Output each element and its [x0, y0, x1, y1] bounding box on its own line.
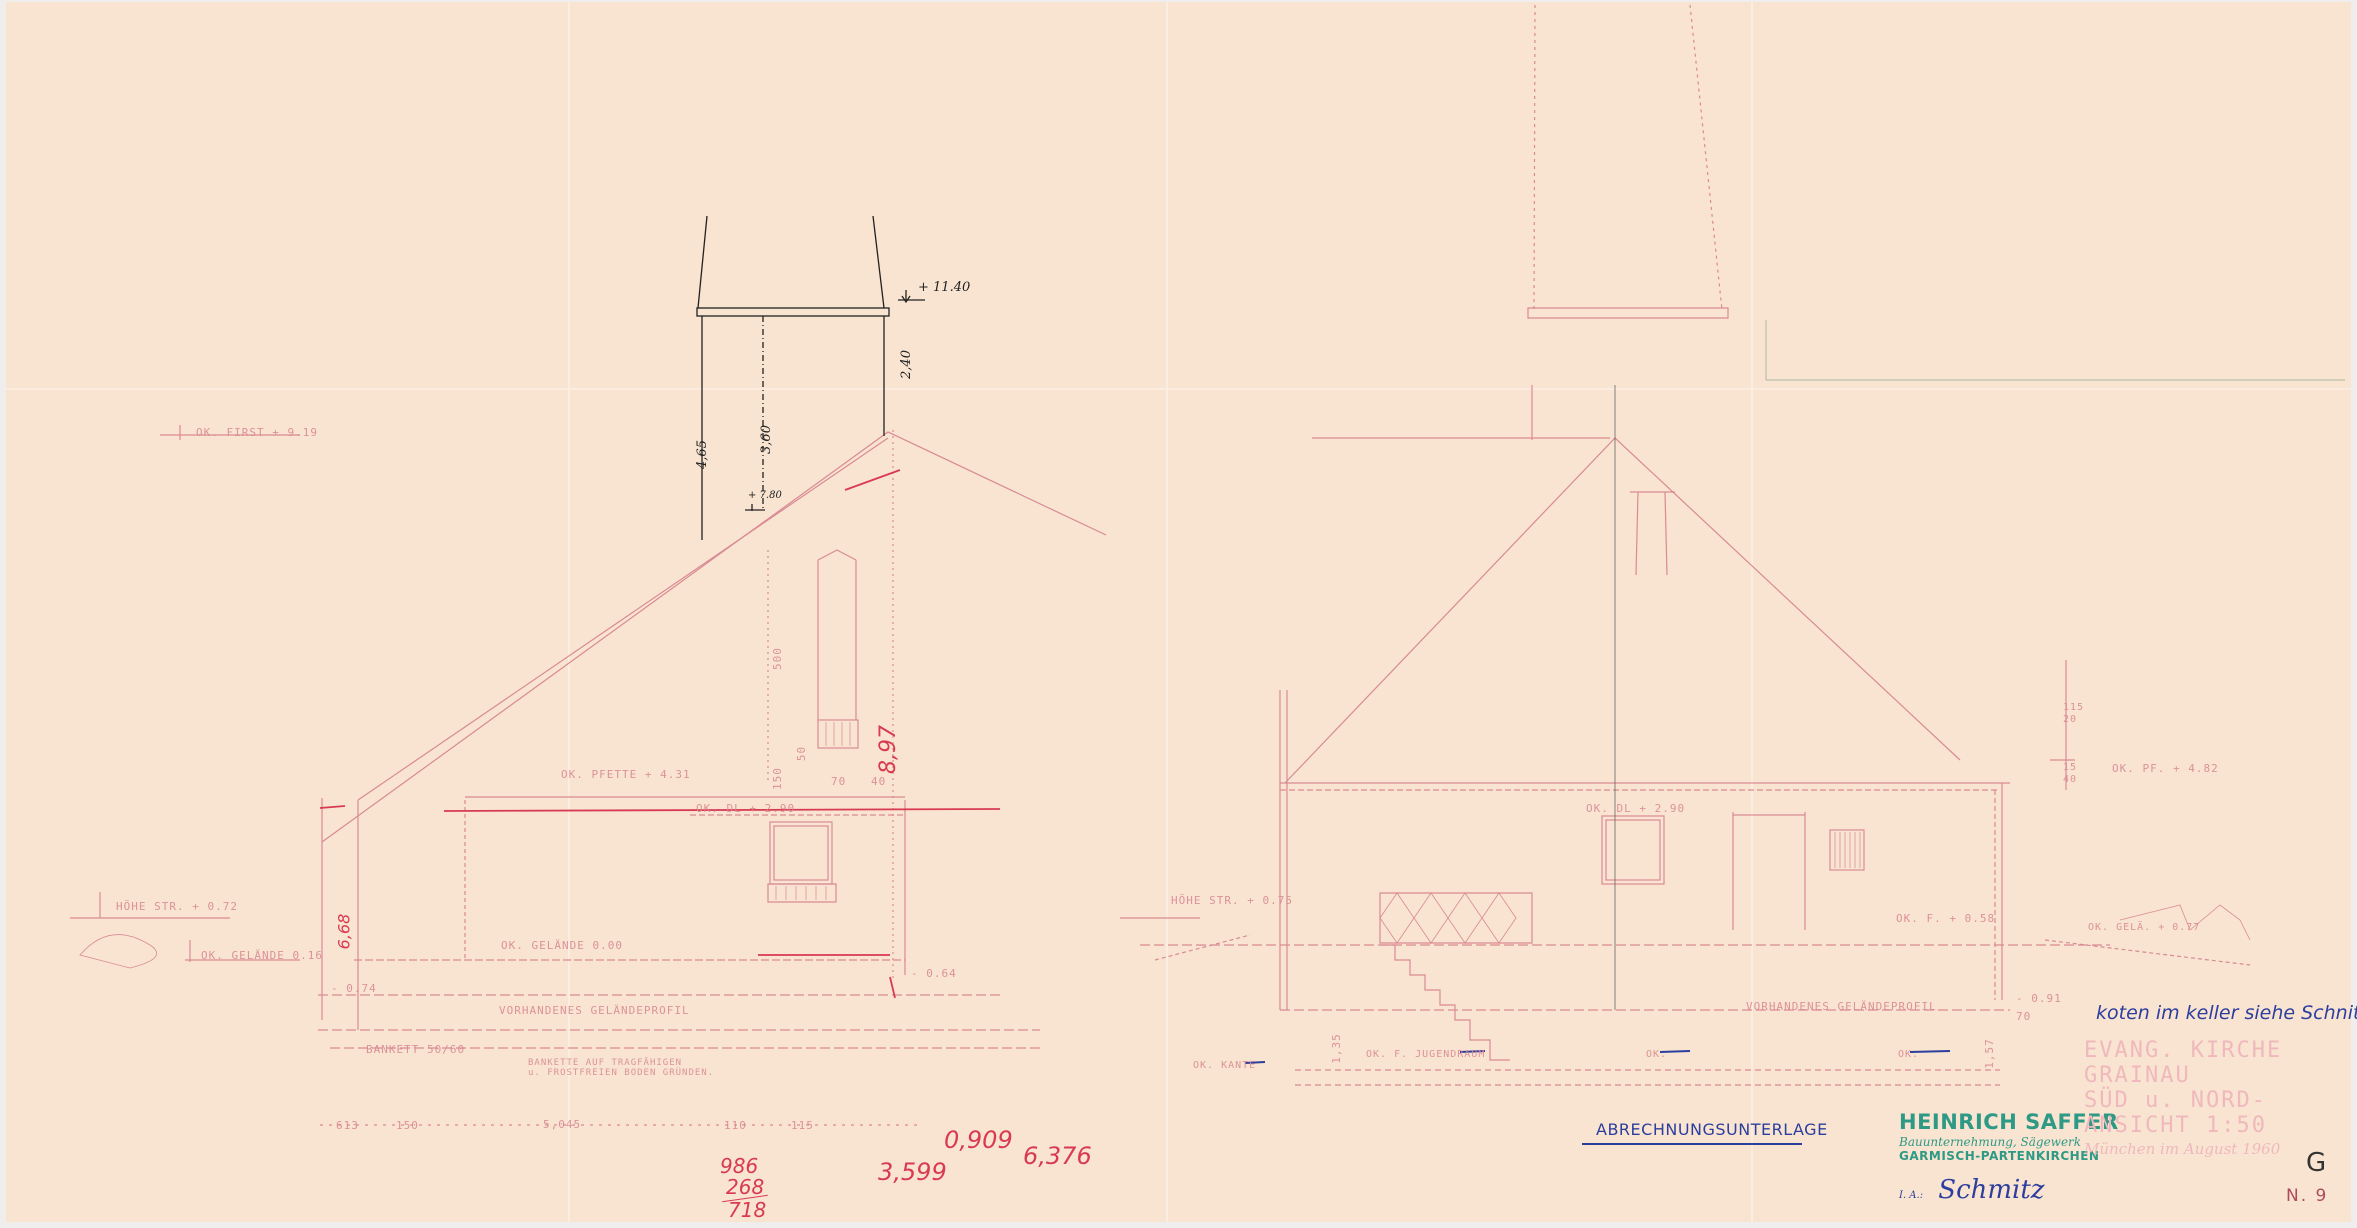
label-minus-074: - 0.74	[331, 982, 377, 995]
bottom-dim: 115	[791, 1119, 814, 1132]
label-ok-jugendraum: OK. F. JUGENDRAUM	[1366, 1049, 1485, 1060]
roof-outline-right	[1285, 438, 1960, 783]
basement-note: koten im keller siehe Schnitt!	[2096, 1002, 2357, 1024]
niche-dim-50: 50	[795, 746, 808, 761]
calc-value-a: 3,599	[878, 1158, 947, 1186]
niche-dim-500: 500	[771, 647, 784, 670]
tower-height-left: 4,65	[695, 440, 710, 469]
label-dim-157: 1,57	[1983, 1038, 1996, 1069]
tower-top-level: + 11.40	[918, 280, 970, 295]
g-mark: G	[2306, 1148, 2326, 1178]
label-minus-064: - 0.64	[911, 967, 957, 980]
calc-sum-result: 718	[728, 1198, 766, 1222]
label-ok-gelaende-mid: OK. GELÄNDE 0.00	[501, 939, 623, 952]
label-ok-gelaende: OK. GELÄNDE 0.16	[201, 949, 323, 962]
label-ok-pfette-right: OK. PF. + 4.82	[2112, 762, 2219, 775]
roof-outline-left	[322, 432, 1106, 842]
label-dim-135: 1,35	[1330, 1033, 1343, 1064]
calc-side-1: 8,97	[876, 725, 901, 774]
label-dim-15: 15	[2063, 762, 2077, 773]
niche-dim-150: 150	[771, 767, 784, 790]
niche-dim-40: 40	[871, 775, 886, 788]
label-ok-plus: OK. F. + 0.58	[1896, 912, 1995, 925]
calc-value-b: 0,909	[944, 1126, 1013, 1154]
tower-elevation	[697, 216, 2345, 1010]
stamp-signature-row: I. A.: Schmitz	[1899, 1175, 2119, 1205]
label-dim-40: 40	[2063, 774, 2077, 785]
bottom-dim: 150	[396, 1119, 419, 1132]
title-line-2: GRAINAU	[2084, 1063, 2351, 1088]
label-ok-right: OK.	[1898, 1049, 1919, 1060]
tower-height-right: 2,40	[899, 350, 914, 379]
bottom-dim: 5,045	[543, 1118, 581, 1131]
title-line-1: EVANG. KIRCHE	[2084, 1038, 2351, 1063]
label-ok-decke-right: OK. DL + 2.90	[1586, 802, 1685, 815]
label-ok-pfette: OK. PFETTE + 4.31	[561, 768, 691, 781]
label-gelaendeprofil-right: VORHANDENES GELÄNDEPROFIL	[1746, 1000, 1937, 1013]
label-bankette-note-1: BANKETTE AUF TRAGFÄHIGEN	[528, 1058, 682, 1068]
label-ok-gelaende-right: OK. GELÄ. + 0.77	[2088, 922, 2200, 933]
calc-side-2: 6,68	[334, 914, 353, 950]
label-ok-left: OK.	[1646, 1049, 1667, 1060]
drawing-sheet: + 11.40 4,65 3,60 2,40 + 7.80 OK. FIRST …	[6, 2, 2351, 1222]
niche-dim-70: 70	[831, 775, 846, 788]
label-dim-70: 70	[2016, 1010, 2031, 1023]
billing-label: ABRECHNUNGSUNTERLAGE	[1596, 1120, 1828, 1139]
signature-prefix: I. A.:	[1899, 1190, 1923, 1201]
elevation-drawing	[6, 2, 2351, 1222]
label-hoehe-strasse: HÖHE STR. + 0.72	[116, 900, 238, 913]
tower-base-level: + 7.80	[748, 490, 782, 501]
label-minus-091: - 0.91	[2016, 992, 2062, 1005]
label-hoehe-strasse-right: HÖHE STR. + 0.75	[1171, 894, 1293, 907]
title-block: EVANG. KIRCHE GRAINAU SÜD u. NORD-ANSICH…	[2084, 1038, 2351, 1138]
label-bankette-note-2: u. FROSTFREIEN BODEN GRÜNDEN.	[528, 1068, 714, 1078]
bottom-dim: 613	[336, 1119, 359, 1132]
label-dim-20: 20	[2063, 714, 2077, 725]
label-gelaendeprofil-left: VORHANDENES GELÄNDEPROFIL	[499, 1004, 690, 1017]
signature: Schmitz	[1938, 1175, 2044, 1205]
label-bankett: BANKETT 50/60	[366, 1043, 465, 1056]
label-ok-first: OK. FIRST + 9.19	[196, 426, 318, 439]
label-ok-decke: OK. DL + 2.90	[696, 802, 795, 815]
label-dim-115: 115	[2063, 702, 2084, 713]
tower-height-center: 3,60	[759, 425, 774, 454]
sheet-number: N. 9	[2286, 1186, 2328, 1206]
title-line-3: SÜD u. NORD-ANSICHT 1:50	[2084, 1088, 2351, 1138]
calc-value-c: 6,376	[1023, 1142, 1092, 1170]
place-date: München im August 1960	[2084, 1140, 2280, 1158]
bottom-dim: 110	[724, 1119, 747, 1132]
label-ok-kante: OK. KANTE	[1193, 1060, 1256, 1071]
